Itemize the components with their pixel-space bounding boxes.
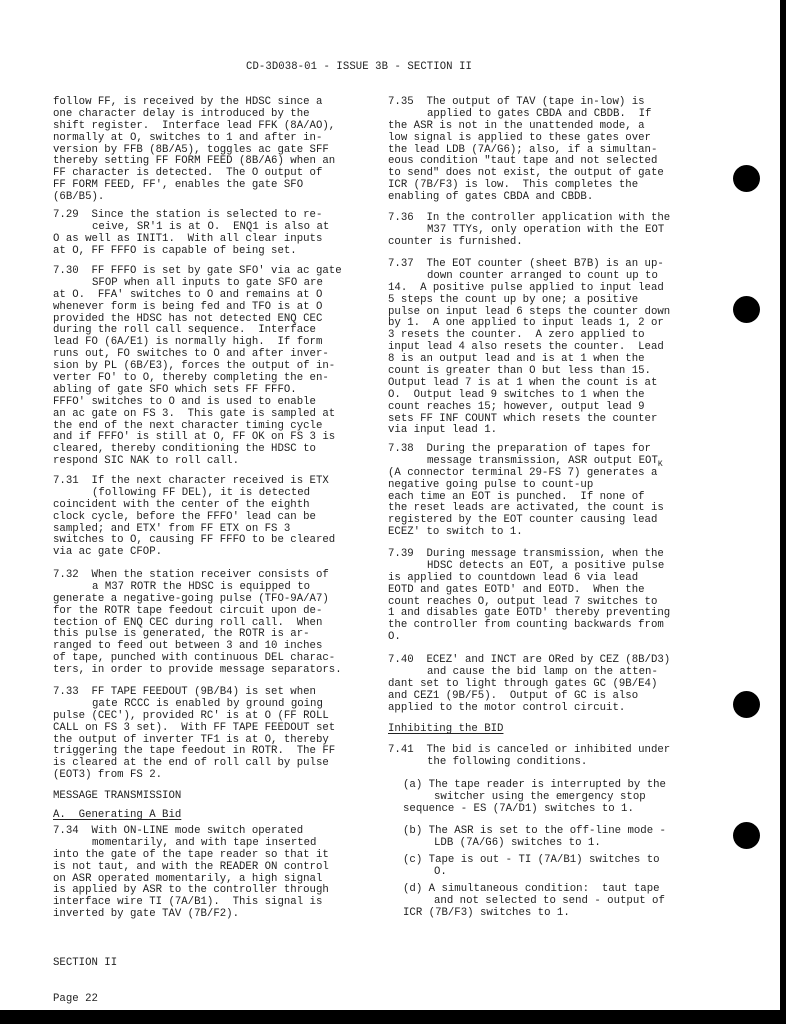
text-line: enabling of gates CBDA and CBDB. xyxy=(388,192,664,204)
text-line: shift register. Interface lead FFK (8A/A… xyxy=(53,121,335,133)
paragraph-7-36: 7.36 In the controller application with … xyxy=(388,213,670,249)
text-line: is not taut, and with the READER ON cont… xyxy=(53,862,329,874)
text-line: count reaches 15; however, output lead 9 xyxy=(388,402,670,414)
paragraph-second-line: message transmission, ASR output EOTK xyxy=(388,456,664,468)
text-line: low signal is applied to these gates ove… xyxy=(388,133,664,145)
punch-hole-2 xyxy=(733,296,760,323)
text-line: via input lead 1. xyxy=(388,425,670,437)
text-line: generate a negative-going pulse (TFO-9A/… xyxy=(53,594,342,606)
condition-second-line: O. xyxy=(388,867,660,879)
paragraph-7-35: 7.35 The output of TAV (tape in-low) isa… xyxy=(388,97,664,204)
text-line: (6B/B5). xyxy=(53,192,335,204)
text-line: counter is furnished. xyxy=(388,237,670,249)
paragraph-7-41: 7.41 The bid is canceled or inhibited un… xyxy=(388,745,670,769)
text-line: Output lead 7 is at 1 when the count is … xyxy=(388,378,670,390)
paragraph-second-line: SFOP when all inputs to gate SFO are xyxy=(53,278,342,290)
paragraph-7-31: 7.31 If the next character received is E… xyxy=(53,476,335,559)
text-line: ECEZ' to switch to 1. xyxy=(388,527,664,539)
paragraph-second-line: a M37 ROTR the HDSC is equipped to xyxy=(53,582,342,594)
punch-hole-1 xyxy=(733,165,760,192)
condition-c: (c) Tape is out - TI (7A/B1) switches to… xyxy=(388,855,660,879)
paragraph-7-38: 7.38 During the preparation of tapes for… xyxy=(388,444,664,539)
condition-second-line: and not selected to send - output of xyxy=(388,896,665,908)
text-line: via ac gate CFOP. xyxy=(53,547,335,559)
paragraph-second-line: down counter arranged to count up to xyxy=(388,271,670,283)
text-line: FFFO' switches to O and is used to enabl… xyxy=(53,397,342,409)
paragraph-7-32: 7.32 When the station receiver consists … xyxy=(53,570,342,677)
paragraph-second-line: ceive, SR'1 is at O. ENQ1 is also at xyxy=(53,222,329,234)
text-line: clock cycle, before the FFFO' lead can b… xyxy=(53,512,335,524)
paragraph-second-line: M37 TTYs, only operation with the EOT xyxy=(388,225,670,237)
text-line: negative going pulse to count-up xyxy=(388,480,664,492)
paragraph-second-line: the following conditions. xyxy=(388,757,670,769)
paragraph-7-40: 7.40 ECEZ' and INCT are ORed by CEZ (8B/… xyxy=(388,655,670,714)
paragraph-second-line: HDSC detects an EOT, a positive pulse xyxy=(388,561,670,573)
paragraph-intro: follow FF, is received by the HDSC since… xyxy=(53,97,335,204)
text-line: respond SIC NAK to roll call. xyxy=(53,456,342,468)
condition-d: (d) A simultaneous condition: taut tapea… xyxy=(388,884,665,920)
text-line: 5 steps the count up by one; a positive xyxy=(388,295,670,307)
text-line: CALL on FS 3 set). With FF TAPE FEEDOUT … xyxy=(53,723,335,735)
text-line: whenever form is being fed and TFO is at… xyxy=(53,302,342,314)
text-line: inverted by gate TAV (7B/F2). xyxy=(53,909,329,921)
text-line: 14. A positive pulse applied to input le… xyxy=(388,283,670,295)
condition-third-line: ICR (7B/F3) switches to 1. xyxy=(388,908,665,920)
text-line: (EOT3) from FS 2. xyxy=(53,770,335,782)
text-line: O. xyxy=(388,632,670,644)
paragraph-7-37: 7.37 The EOT counter (sheet B7B) is an u… xyxy=(388,259,670,437)
paragraph-7-30: 7.30 FF FFFO is set by gate SFO' via ac … xyxy=(53,266,342,468)
text-line: pulse (CEC'), provided RC' is at O (FF R… xyxy=(53,711,335,723)
text-line: for the ROTR tape feedout circuit upon d… xyxy=(53,606,342,618)
document-page: CD-3D038-01 - ISSUE 3B - SECTION II foll… xyxy=(0,0,780,1010)
page-footer: SECTION II Page 22 xyxy=(53,933,117,1024)
text-line: normally at O, switches to 1 and after i… xyxy=(53,133,335,145)
subscript: K xyxy=(658,460,663,469)
paragraph-7-39: 7.39 During message transmission, when t… xyxy=(388,549,670,644)
text-line: O as well as INIT1. With all clear input… xyxy=(53,234,329,246)
text-line: applied to the motor control circuit. xyxy=(388,703,670,715)
condition-b: (b) The ASR is set to the off-line mode … xyxy=(388,826,666,850)
condition-second-line: switcher using the emergency stop xyxy=(388,792,666,804)
paragraph-second-line: applied to gates CBDA and CBDB. If xyxy=(388,109,664,121)
text-line: dant set to light through gates GC (9B/E… xyxy=(388,679,670,691)
text-line: is applied to countdown lead 6 via lead xyxy=(388,573,670,585)
footer-section: SECTION II xyxy=(53,957,117,969)
condition-first-line: (c) Tape is out - TI (7A/B1) switches to xyxy=(388,855,660,867)
text-line: an ac gate on FS 3. This gate is sampled… xyxy=(53,409,342,421)
punch-hole-4 xyxy=(733,822,760,849)
text-line: abling of gate SFO which sets FF FFFO. xyxy=(53,385,342,397)
footer-page-number: Page 22 xyxy=(53,993,117,1005)
condition-second-line: LDB (7A/G6) switches to 1. xyxy=(388,838,666,850)
paragraph-second-line: gate RCCC is enabled by ground going xyxy=(53,699,335,711)
paragraph-second-line: and cause the bid lamp on the atten- xyxy=(388,667,670,679)
text-line: and CEZ1 (9B/F5). Output of GC is also xyxy=(388,691,670,703)
text-line: EOTD and gates EOTD' and EOTD. When the xyxy=(388,585,670,597)
text-line: the ASR is not in the unattended mode, a xyxy=(388,121,664,133)
text-line: coincident with the center of the eighth xyxy=(53,500,335,512)
paragraph-7-29: 7.29 Since the station is selected to re… xyxy=(53,210,329,258)
text-line: into the gate of the tape reader so that… xyxy=(53,850,329,862)
text-line: ters, in order to provide message separa… xyxy=(53,665,342,677)
paragraph-second-line: (following FF DEL), it is detected xyxy=(53,488,335,500)
text-line: one character delay is introduced by the xyxy=(53,109,335,121)
text-line: (A connector terminal 29-FS 7) generates… xyxy=(388,468,664,480)
paragraph-7-34: 7.34 With ON-LINE mode switch operatedmo… xyxy=(53,826,329,921)
paragraph-7-33: 7.33 FF TAPE FEEDOUT (9B/B4) is set when… xyxy=(53,687,335,782)
document-header: CD-3D038-01 - ISSUE 3B - SECTION II xyxy=(246,61,472,73)
punch-hole-3 xyxy=(733,691,760,718)
text-line: at O. FFA' switches to O and remains at … xyxy=(53,290,342,302)
text-line: at O, FF FFFO is capable of being set. xyxy=(53,246,329,258)
text-line: the controller from counting backwards f… xyxy=(388,620,670,632)
paragraph-second-line: momentarily, and with tape inserted xyxy=(53,838,329,850)
section-heading-message-transmission: MESSAGE TRANSMISSION xyxy=(53,790,181,802)
condition-third-line: sequence - ES (7A/D1) switches to 1. xyxy=(388,804,666,816)
condition-a: (a) The tape reader is interrupted by th… xyxy=(388,780,666,816)
subsection-heading-inhibiting-the-bid: Inhibiting the BID xyxy=(388,723,503,735)
subsection-heading-generating-a-bid: A. Generating A Bid xyxy=(53,809,181,821)
text-line: O. Output lead 9 switches to 1 when the xyxy=(388,390,670,402)
